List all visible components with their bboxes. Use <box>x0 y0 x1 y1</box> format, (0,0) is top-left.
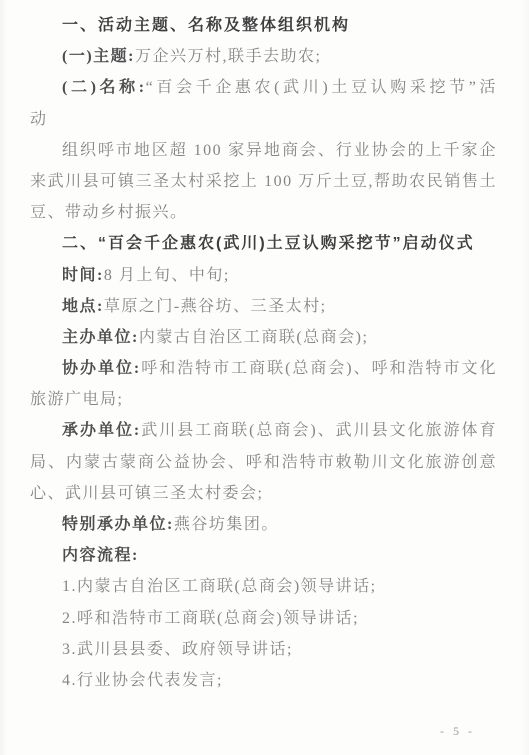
field-label: 承办单位: <box>62 422 141 439</box>
document-page: 一、活动主题、名称及整体组织机构 (一)主题:万企兴万村,联手去助农; (二)名… <box>0 0 529 755</box>
field-value: “百会千企惠农(武川)土豆认购采挖节”活 <box>146 79 497 96</box>
doc-line: 心、武川县可镇三圣太村委会; <box>30 478 497 509</box>
doc-line: 组织呼市地区超 100 家异地商会、行业协会的上千家企业 <box>30 135 497 166</box>
field-value: 武川县工商联(总商会)、武川县文化旅游体育 <box>141 422 497 439</box>
agenda-item-2: 2.呼和浩特市工商联(总商会)领导讲话; <box>30 603 497 634</box>
field-value: 万企兴万村,联手去助农; <box>135 48 321 65</box>
page-number: - 5 - <box>440 724 475 739</box>
doc-line-special-organizer: 特别承办单位:燕谷坊集团。 <box>30 509 497 540</box>
doc-line: 来武川县可镇三圣太村采挖上 100 万斤土豆,帮助农民销售土 <box>30 166 497 197</box>
line-text: 心、武川县可镇三圣太村委会; <box>30 485 263 502</box>
line-text: 来武川县可镇三圣太村采挖上 100 万斤土豆,帮助农民销售土 <box>30 173 497 190</box>
field-label: (二)名称: <box>62 79 146 96</box>
doc-line-cohost: 协办单位:呼和浩特市工商联(总商会)、呼和浩特市文化 <box>30 353 497 384</box>
doc-line: 旅游广电局; <box>30 384 497 415</box>
line-text: 4.行业协会代表发言; <box>62 672 223 689</box>
heading-text: 二、“百会千企惠农(武川)土豆认购采挖节”启动仪式 <box>62 235 475 252</box>
field-label: (一)主题: <box>62 48 135 65</box>
line-text: 2.呼和浩特市工商联(总商会)领导讲话; <box>62 610 359 627</box>
field-label: 时间: <box>62 267 104 284</box>
line-text: 3.武川县县委、政府领导讲话; <box>62 641 293 658</box>
field-value: 呼和浩特市工商联(总商会)、呼和浩特市文化 <box>141 360 497 377</box>
agenda-item-4: 4.行业协会代表发言; <box>30 665 497 696</box>
doc-line-location: 地点:草原之门-燕谷坊、三圣太村; <box>30 291 497 322</box>
field-label: 协办单位: <box>62 360 141 377</box>
agenda-item-1: 1.内蒙古自治区工商联(总商会)领导讲话; <box>30 571 497 602</box>
heading-text: 一、活动主题、名称及整体组织机构 <box>62 17 350 34</box>
line-text: 豆、带动乡村振兴。 <box>30 204 188 221</box>
section-heading-1: 一、活动主题、名称及整体组织机构 <box>30 10 497 41</box>
field-value: 8 月上旬、中旬; <box>104 267 230 284</box>
field-value: 内蒙古自治区工商联(总商会); <box>139 329 369 346</box>
doc-line-organizer: 承办单位:武川县工商联(总商会)、武川县文化旅游体育 <box>30 415 497 446</box>
field-label: 内容流程: <box>62 547 139 564</box>
field-label: 特别承办单位: <box>62 516 174 533</box>
doc-line: 局、内蒙古蒙商公益协会、呼和浩特市敕勒川文化旅游创意中 <box>30 447 497 478</box>
field-value: 草原之门-燕谷坊、三圣太村; <box>104 298 327 315</box>
field-value: 燕谷坊集团。 <box>174 516 279 533</box>
doc-line: 动 <box>30 104 497 135</box>
section-heading-2: 二、“百会千企惠农(武川)土豆认购采挖节”启动仪式 <box>30 228 497 259</box>
field-label: 主办单位: <box>62 329 139 346</box>
document-body: 一、活动主题、名称及整体组织机构 (一)主题:万企兴万村,联手去助农; (二)名… <box>30 10 497 696</box>
doc-line: 豆、带动乡村振兴。 <box>30 197 497 228</box>
line-text: 局、内蒙古蒙商公益协会、呼和浩特市敕勒川文化旅游创意中 <box>30 454 497 478</box>
doc-line-host: 主办单位:内蒙古自治区工商联(总商会); <box>30 322 497 353</box>
doc-line-name: (二)名称:“百会千企惠农(武川)土豆认购采挖节”活 <box>30 72 497 103</box>
field-label: 地点: <box>62 298 104 315</box>
line-text: 1.内蒙古自治区工商联(总商会)领导讲话; <box>62 578 377 595</box>
line-text: 组织呼市地区超 100 家异地商会、行业协会的上千家企业 <box>30 142 497 166</box>
line-text: 动 <box>30 111 48 128</box>
doc-line-agenda-title: 内容流程: <box>30 540 497 571</box>
agenda-item-3: 3.武川县县委、政府领导讲话; <box>30 634 497 665</box>
doc-line-time: 时间:8 月上旬、中旬; <box>30 260 497 291</box>
doc-line-theme: (一)主题:万企兴万村,联手去助农; <box>30 41 497 72</box>
line-text: 旅游广电局; <box>30 391 123 408</box>
